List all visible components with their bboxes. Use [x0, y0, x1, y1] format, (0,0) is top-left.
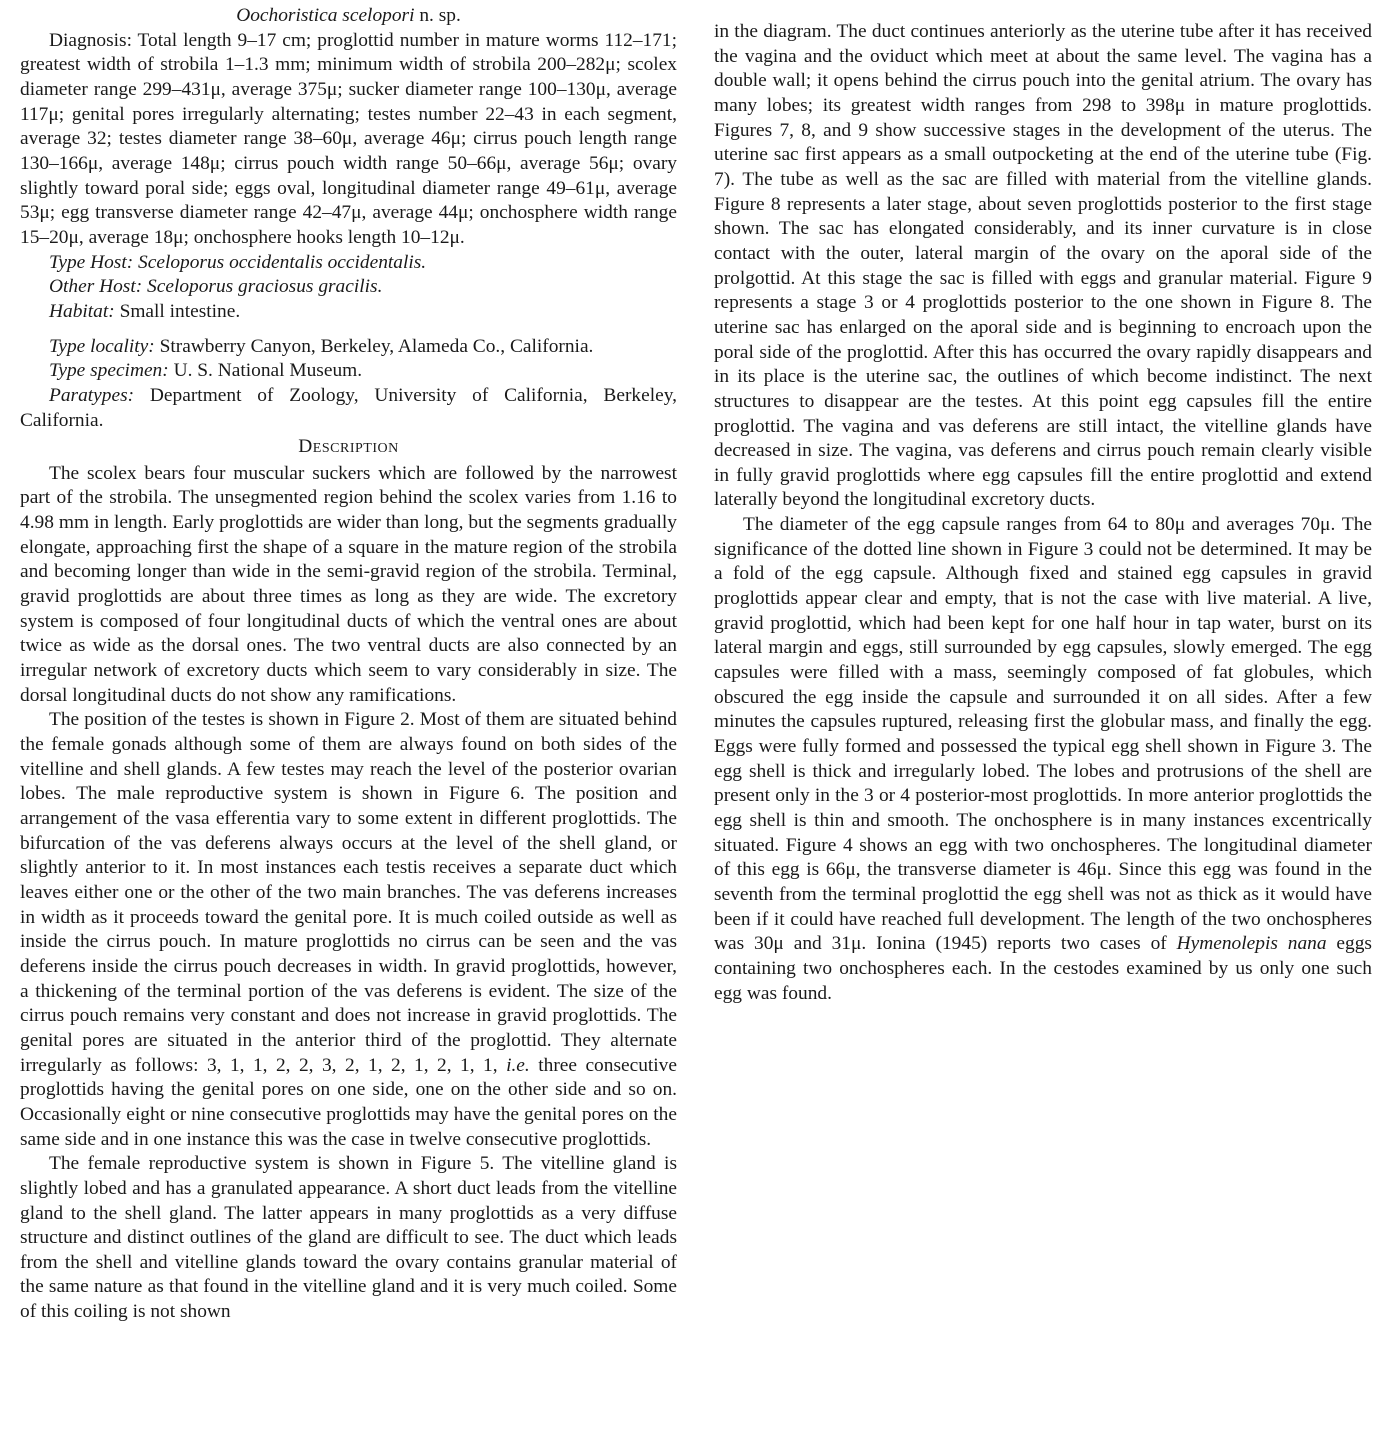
diagnosis-paragraph: Diagnosis: Total length 9–17 cm; proglot… — [20, 29, 677, 251]
egg-capsule-text: The diameter of the egg capsule ranges f… — [714, 514, 1372, 954]
species-title: Oochoristica scelopori n. sp. — [20, 4, 677, 29]
species-suffix: n. sp. — [414, 5, 460, 26]
body-paragraph-female-system: The female reproductive system is shown … — [20, 1152, 677, 1325]
habitat-label: Habitat: — [49, 301, 115, 322]
type-locality-label: Type locality: — [49, 336, 155, 357]
type-host-value: Sceloporus occidentalis occidentalis. — [133, 252, 426, 273]
body-paragraph-scolex: The scolex bears four muscular suckers w… — [20, 462, 677, 709]
right-column: in the diagram. The duct continues anter… — [714, 20, 1372, 1006]
other-host-value: Sceloporus graciosus gracilis. — [142, 276, 382, 297]
paratypes: Paratypes: Department of Zoology, Univer… — [20, 384, 677, 433]
type-specimen-value: U. S. National Museum. — [169, 360, 362, 381]
type-host: Type Host: Sceloporus occidentalis occid… — [20, 251, 677, 276]
type-host-label: Type Host: — [49, 252, 133, 273]
species-name: Oochoristica scelopori — [236, 5, 414, 26]
body-paragraph-testes: The position of the testes is shown in F… — [20, 708, 677, 1152]
type-specimen-label: Type specimen: — [49, 360, 169, 381]
other-host: Other Host: Sceloporus graciosus gracili… — [20, 275, 677, 300]
spacer — [20, 325, 677, 335]
species-reference: Hymenolepis nana — [1177, 933, 1327, 954]
body-paragraph-uterus: in the diagram. The duct continues anter… — [714, 20, 1372, 513]
type-locality-value: Strawberry Canyon, Berkeley, Alameda Co.… — [155, 336, 594, 357]
left-column: Oochoristica scelopori n. sp. Diagnosis:… — [20, 4, 677, 1325]
section-heading-description: Description — [20, 435, 677, 460]
type-locality: Type locality: Strawberry Canyon, Berkel… — [20, 335, 677, 360]
habitat-value: Small intestine. — [115, 301, 241, 322]
other-host-label: Other Host: — [49, 276, 142, 297]
paratypes-label: Paratypes: — [49, 385, 134, 406]
body-paragraph-egg-capsule: The diameter of the egg capsule ranges f… — [714, 513, 1372, 1006]
type-specimen: Type specimen: U. S. National Museum. — [20, 359, 677, 384]
testes-text: The position of the testes is shown in F… — [20, 709, 677, 1075]
habitat: Habitat: Small intestine. — [20, 300, 677, 325]
ie-abbrev: i.e. — [506, 1055, 530, 1076]
